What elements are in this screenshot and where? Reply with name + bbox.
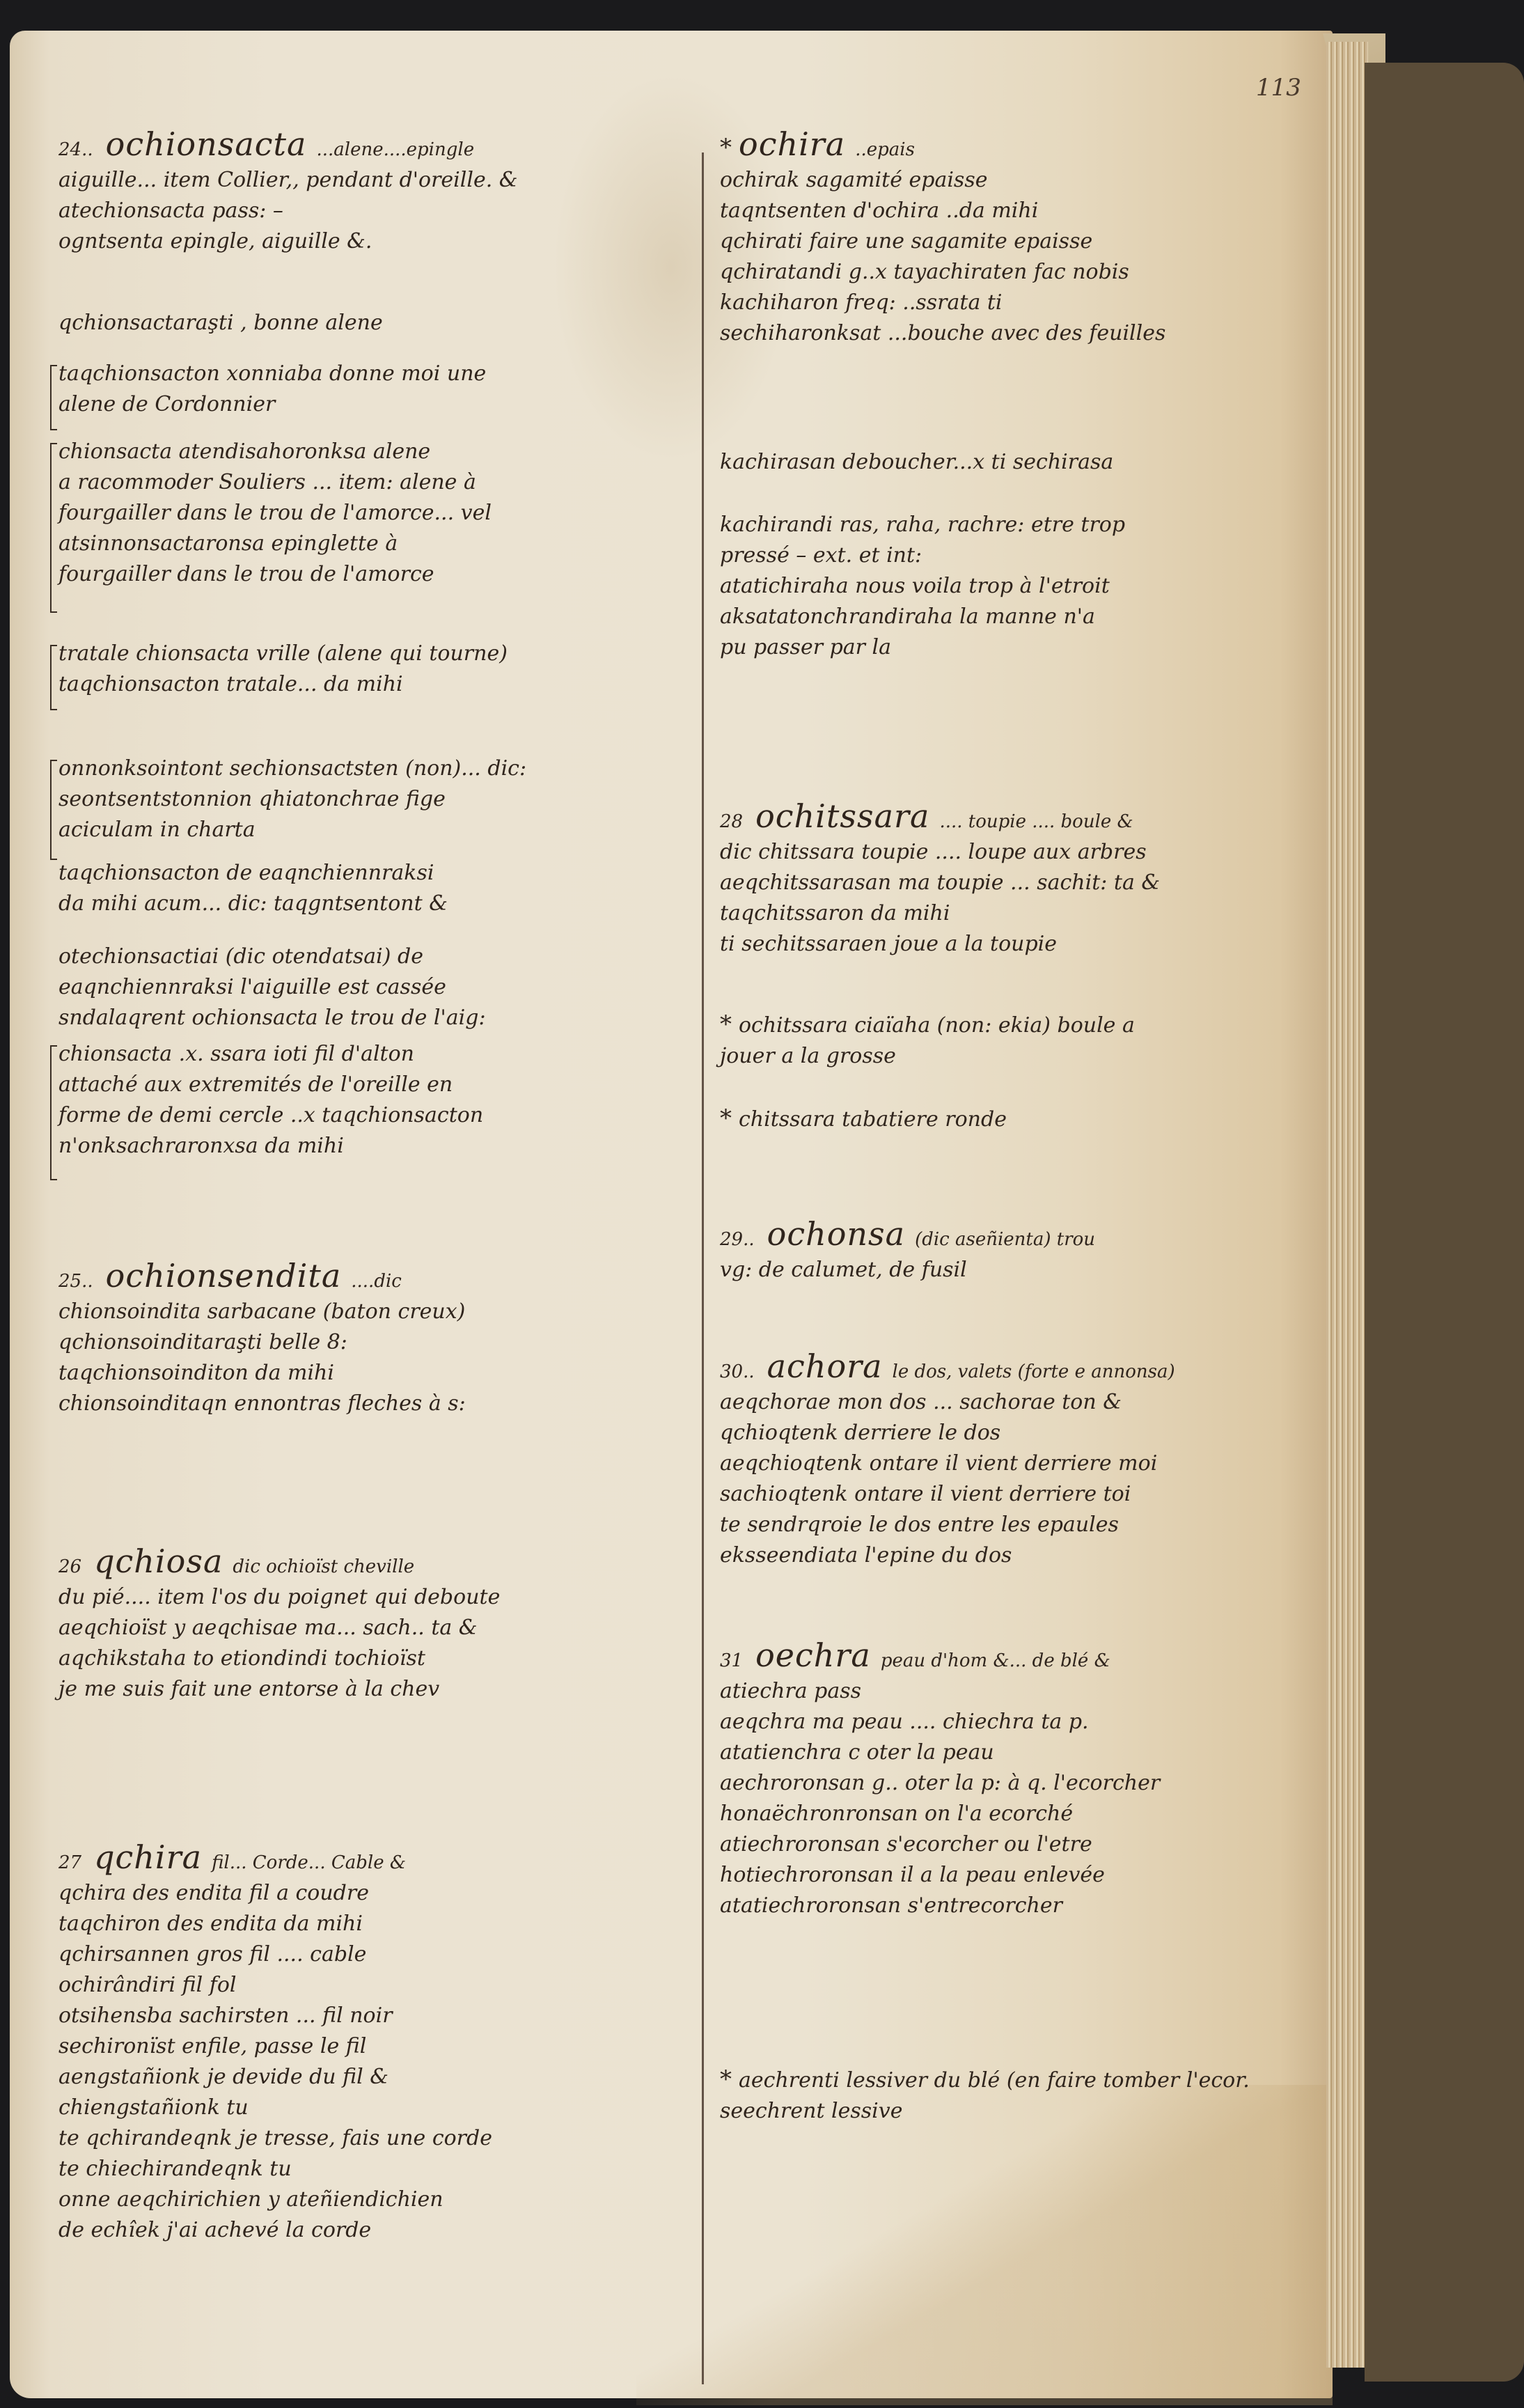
dictionary-entry: 31oechrapeau d'hom &... de blé &atiechra… bbox=[720, 1639, 1346, 1916]
entry-text: ochirak sagamité epaisse bbox=[720, 168, 987, 192]
asterisk-marker: * bbox=[720, 2065, 732, 2093]
entry-text: eaqnchiennraksi l'aiguille est cassée bbox=[58, 975, 446, 999]
entry-headline: 27qchirafil... Corde... Cable & bbox=[58, 1841, 692, 1873]
entry-text: pressé – ext. et int: bbox=[720, 543, 922, 568]
entry-text: kachiharon freq: ..ssrata ti bbox=[720, 290, 1003, 315]
entry-line: atatienchra c oter la peau bbox=[720, 1742, 1346, 1763]
entry-text: dic chitssara toupie .... loupe aux arbr… bbox=[720, 840, 1147, 864]
entry-text: otsihensba sachirsten ... fil noir bbox=[58, 2003, 393, 2028]
entry-line: n'onksachraronxsa da mihi bbox=[58, 1136, 692, 1157]
entry-line: eaqnchiennraksi l'aiguille est cassée bbox=[58, 977, 692, 998]
entry-line: tratale chionsacta vrille (alene qui tou… bbox=[58, 643, 692, 664]
entry-number: 26 bbox=[58, 1556, 81, 1577]
entry-text: du pié.... item l'os du poignet qui debo… bbox=[58, 1585, 500, 1609]
bracket-mark bbox=[50, 645, 57, 710]
entry-line: taqntsenten d'ochira ..da mihi bbox=[720, 201, 1346, 221]
entry-text: forme de demi cercle ..x taqchionsacton bbox=[58, 1103, 483, 1127]
entry-text: qchirati faire une sagamite epaisse bbox=[720, 229, 1092, 253]
dictionary-entry: *aechrenti lessiver du blé (en faire tom… bbox=[720, 2067, 1346, 2122]
book-cover bbox=[1365, 63, 1524, 2382]
entry-line: chiengstañionk tu bbox=[58, 2097, 692, 2118]
entry-line: chionsoinditaqn ennontras fleches à s: bbox=[58, 1393, 692, 1414]
entry-text: a racommoder Souliers ... item: alene à bbox=[58, 470, 476, 494]
entry-line: aciculam in charta bbox=[58, 820, 692, 841]
entry-text: taqchionsacton de eaqnchiennraksi bbox=[58, 861, 434, 885]
entry-line: *ochitssara ciaïaha (non: ekia) boule a bbox=[720, 1013, 1346, 1036]
dictionary-entry: *chitssara tabatiere ronde bbox=[720, 1107, 1346, 1130]
entry-line: *aechrenti lessiver du blé (en faire tom… bbox=[720, 2067, 1346, 2091]
entry-line: attaché aux extremités de l'oreille en bbox=[58, 1074, 692, 1095]
entry-text: atiechra pass bbox=[720, 1679, 861, 1703]
entry-line: aeqchitssarasan ma toupie ... sachit: ta… bbox=[720, 873, 1346, 893]
entry-headline: 30..achorale dos, valets (forte e annons… bbox=[720, 1350, 1346, 1382]
entry-text: aeqchorae mon dos ... sachorae ton & bbox=[720, 1390, 1122, 1414]
entry-line: chionsacta .x. ssara ioti fil d'alton bbox=[58, 1044, 692, 1065]
entry-text: otechionsactiai (dic otendatsai) de bbox=[58, 944, 423, 969]
entry-line: onnonksointont sechionsactsten (non)... … bbox=[58, 758, 692, 779]
entry-line: atiechra pass bbox=[720, 1681, 1346, 1702]
entry-text: sechironïst enfile, passe le fil bbox=[58, 2034, 366, 2058]
entry-headline: *ochira..epais bbox=[720, 128, 1346, 160]
entry-line: qchioqtenk derriere le dos bbox=[720, 1423, 1346, 1444]
entry-text: aeqchra ma peau .... chiechra ta p. bbox=[720, 1710, 1089, 1734]
entry-line: atechionsacta pass: – bbox=[58, 201, 692, 221]
entry-line: qchirati faire une sagamite epaisse bbox=[720, 231, 1346, 252]
entry-line: ti sechitssaraen joue a la toupie bbox=[720, 934, 1346, 955]
entry-line: atiechroronsan s'ecorcher ou l'etre bbox=[720, 1834, 1346, 1855]
entry-text: hotiechroronsan il a la peau enlevée bbox=[720, 1863, 1105, 1887]
entry-line: taqchionsoinditon da mihi bbox=[58, 1363, 692, 1384]
entry-line: chionsacta atendisahoronksa alene bbox=[58, 441, 692, 462]
entry-text: alene de Cordonnier bbox=[58, 392, 275, 416]
entry-text: aeqchitssarasan ma toupie ... sachit: ta… bbox=[720, 870, 1160, 895]
entry-line: atatiechroronsan s'entrecorcher bbox=[720, 1895, 1346, 1916]
entry-text: ochirândiri fil fol bbox=[58, 1973, 237, 1997]
entry-line: vg: de calumet, de fusil bbox=[720, 1260, 1346, 1281]
entry-text: qchirsannen gros fil .... cable bbox=[58, 1942, 366, 1967]
dictionary-entry: taqchionsacton de eaqnchiennraksida mihi… bbox=[58, 863, 692, 914]
headword: qchira bbox=[94, 1838, 202, 1876]
entry-line: aengstañionk je devide du fil & bbox=[58, 2067, 692, 2088]
headword: achora bbox=[767, 1347, 883, 1385]
entry-text: chionsacta atendisahoronksa alene bbox=[58, 439, 430, 464]
entry-headline: 25..ochionsendita....dic bbox=[58, 1260, 692, 1292]
entry-number: 29.. bbox=[720, 1229, 755, 1250]
bracket-mark bbox=[50, 1045, 57, 1180]
entry-text: jouer a la grosse bbox=[720, 1044, 896, 1068]
entry-line: kachirasan deboucher...x ti sechirasa bbox=[720, 452, 1346, 473]
entry-line: aechroronsan g.. oter la p: à q. l'ecorc… bbox=[720, 1773, 1346, 1794]
asterisk-marker: * bbox=[720, 1104, 732, 1132]
entry-text: chionsoinditaqn ennontras fleches à s: bbox=[58, 1391, 466, 1416]
entry-line: taqchitssaron da mihi bbox=[720, 903, 1346, 924]
entry-text: honaëchronronsan on l'a ecorché bbox=[720, 1801, 1073, 1826]
gloss: fil... Corde... Cable & bbox=[212, 1852, 406, 1873]
entry-text: taqchionsacton tratale... da mihi bbox=[58, 672, 403, 696]
entry-text: n'onksachraronxsa da mihi bbox=[58, 1134, 344, 1158]
gloss: ....dic bbox=[351, 1271, 402, 1292]
entry-line: seechrent lessive bbox=[720, 2101, 1346, 2122]
entry-number: 25.. bbox=[58, 1271, 93, 1292]
gloss: ..epais bbox=[855, 139, 915, 160]
entry-line: sechiharonksat ...bouche avec des feuill… bbox=[720, 323, 1346, 344]
entry-line: kachirandi ras, raha, rachre: etre trop bbox=[720, 515, 1346, 535]
entry-line: aeqchorae mon dos ... sachorae ton & bbox=[720, 1392, 1346, 1413]
entry-line: aeqchioqtenk ontare il vient derriere mo… bbox=[720, 1453, 1346, 1474]
entry-line: taqchionsacton tratale... da mihi bbox=[58, 674, 692, 695]
entry-line: atsinnonsactaronsa epinglette à bbox=[58, 533, 692, 554]
entry-text: kachirandi ras, raha, rachre: etre trop bbox=[720, 513, 1125, 537]
entry-text: taqntsenten d'ochira ..da mihi bbox=[720, 198, 1038, 223]
bracket-mark bbox=[50, 760, 57, 860]
entry-line: kachiharon freq: ..ssrata ti bbox=[720, 292, 1346, 313]
dictionary-entry: otechionsactiai (dic otendatsai) deeaqnc… bbox=[58, 946, 692, 1029]
entry-line: qchionsoinditaraşti belle 8: bbox=[58, 1332, 692, 1353]
entry-text: atatienchra c oter la peau bbox=[720, 1740, 994, 1765]
entry-line: qchiratandi g..x tayachiraten fac nobis bbox=[720, 262, 1346, 283]
entry-line: eksseendiata l'epine du dos bbox=[720, 1545, 1346, 1566]
entry-line: fourgailler dans le trou de l'amorce bbox=[58, 564, 692, 585]
entry-text: sechiharonksat ...bouche avec des feuill… bbox=[720, 321, 1165, 345]
entry-text: aeqchioïst y aeqchisae ma... sach.. ta & bbox=[58, 1616, 478, 1640]
entry-text: sndalaqrent ochionsacta le trou de l'aig… bbox=[58, 1006, 486, 1030]
bracket-mark bbox=[50, 365, 57, 430]
entry-line: otsihensba sachirsten ... fil noir bbox=[58, 2006, 692, 2026]
entry-line: da mihi acum... dic: taqgntsentont & bbox=[58, 893, 692, 914]
headword: oechra bbox=[755, 1636, 871, 1674]
dictionary-entry: kachirasan deboucher...x ti sechirasa bbox=[720, 452, 1346, 473]
entry-text: ti sechitssaraen joue a la toupie bbox=[720, 932, 1057, 956]
dictionary-entry: taqchionsacton xonniaba donne moi uneale… bbox=[58, 363, 692, 415]
entry-text: chitssara tabatiere ronde bbox=[739, 1107, 1007, 1132]
entry-text: aksatatonchrandiraha la manne n'a bbox=[720, 604, 1095, 629]
entry-text: taqchitssaron da mihi bbox=[720, 901, 950, 925]
headword: ochitssara bbox=[755, 797, 929, 835]
entry-text: atsinnonsactaronsa epinglette à bbox=[58, 531, 398, 556]
entry-line: taqchionsacton xonniaba donne moi une bbox=[58, 363, 692, 384]
entry-headline: 31oechrapeau d'hom &... de blé & bbox=[720, 1639, 1346, 1671]
entry-text: pu passer par la bbox=[720, 635, 891, 659]
entry-text: seontsentstonnion qhiatonchrae fige bbox=[58, 787, 446, 811]
entry-text: fourgailler dans le trou de l'amorce... … bbox=[58, 501, 492, 525]
headword: ochionsendita bbox=[106, 1257, 342, 1295]
entry-line: ochirak sagamité epaisse bbox=[720, 170, 1346, 191]
dictionary-entry: 26qchiosadic ochioïst chevilledu pié....… bbox=[58, 1545, 692, 1700]
entry-line: aeqchioïst y aeqchisae ma... sach.. ta & bbox=[58, 1618, 692, 1639]
entry-headline: 24..ochionsacta...alene....epingle bbox=[58, 128, 692, 160]
entry-text: atechionsacta pass: – bbox=[58, 198, 283, 223]
entry-headline: 29..ochonsa(dic aseñienta) trou bbox=[720, 1218, 1346, 1250]
entry-number: 30.. bbox=[720, 1361, 755, 1382]
entry-text: qchionsactaraşti , bonne alene bbox=[58, 311, 383, 335]
entry-text: tratale chionsacta vrille (alene qui tou… bbox=[58, 641, 508, 666]
gloss: ...alene....epingle bbox=[316, 139, 474, 160]
entry-number: 27 bbox=[58, 1852, 81, 1873]
entry-line: otechionsactiai (dic otendatsai) de bbox=[58, 946, 692, 967]
dictionary-entry: tratale chionsacta vrille (alene qui tou… bbox=[58, 643, 692, 695]
entry-line: de echîek j'ai achevé la corde bbox=[58, 2220, 692, 2241]
dictionary-entry: 29..ochonsa(dic aseñienta) trouvg: de ca… bbox=[720, 1218, 1346, 1281]
entry-text: aciculam in charta bbox=[58, 818, 256, 842]
page-edges bbox=[1326, 42, 1368, 2368]
entry-text: attaché aux extremités de l'oreille en bbox=[58, 1072, 453, 1097]
entry-text: taqchiron des endita da mihi bbox=[58, 1911, 363, 1936]
entry-text: da mihi acum... dic: taqgntsentont & bbox=[58, 891, 448, 916]
entry-line: sndalaqrent ochionsacta le trou de l'aig… bbox=[58, 1008, 692, 1029]
entry-text: chiengstañionk tu bbox=[58, 2095, 249, 2120]
dictionary-entry: kachirandi ras, raha, rachre: etre tropp… bbox=[720, 515, 1346, 658]
entry-text: qchiratandi g..x tayachiraten fac nobis bbox=[720, 260, 1129, 284]
entry-text: te sendrqroie le dos entre les epaules bbox=[720, 1512, 1119, 1537]
entry-text: atatichiraha nous voila trop à l'etroit bbox=[720, 574, 1110, 598]
entry-line: pu passer par la bbox=[720, 637, 1346, 658]
gloss: peau d'hom &... de blé & bbox=[881, 1650, 1110, 1671]
entry-line: sachioqtenk ontare il vient derriere toi bbox=[720, 1484, 1346, 1505]
page-number: 113 bbox=[1256, 74, 1301, 102]
entry-headline: 26qchiosadic ochioïst cheville bbox=[58, 1545, 692, 1577]
entry-text: sachioqtenk ontare il vient derriere toi bbox=[720, 1482, 1131, 1506]
entry-text: ogntsenta epingle, aiguille &. bbox=[58, 229, 372, 253]
entry-text: aechroronsan g.. oter la p: à q. l'ecorc… bbox=[720, 1771, 1160, 1795]
entry-line: te qchirandeqnk je tresse, fais une cord… bbox=[58, 2128, 692, 2149]
entry-text: seechrent lessive bbox=[720, 2099, 902, 2123]
entry-line: dic chitssara toupie .... loupe aux arbr… bbox=[720, 842, 1346, 863]
asterisk-marker: * bbox=[720, 1010, 732, 1038]
entry-line: qchirsannen gros fil .... cable bbox=[58, 1944, 692, 1965]
entry-text: aengstañionk je devide du fil & bbox=[58, 2065, 388, 2089]
dictionary-entry: *ochira..epaisochirak sagamité epaisseta… bbox=[720, 128, 1346, 344]
dictionary-entry: 28ochitssara.... toupie .... boule &dic … bbox=[720, 800, 1346, 955]
entry-line: sechironïst enfile, passe le fil bbox=[58, 2036, 692, 2057]
entry-text: qchira des endita fil a coudre bbox=[58, 1881, 369, 1905]
entry-line: seontsentstonnion qhiatonchrae fige bbox=[58, 789, 692, 810]
entry-text: te qchirandeqnk je tresse, fais une cord… bbox=[58, 2126, 492, 2150]
entry-text: chionsacta .x. ssara ioti fil d'alton bbox=[58, 1042, 414, 1066]
entry-text: ochitssara ciaïaha (non: ekia) boule a bbox=[739, 1013, 1135, 1038]
column-divider bbox=[702, 153, 704, 2384]
entry-text: taqchionsacton xonniaba donne moi une bbox=[58, 361, 486, 386]
entry-text: taqchionsoinditon da mihi bbox=[58, 1361, 334, 1385]
entry-line: pressé – ext. et int: bbox=[720, 545, 1346, 566]
entry-line: atatichiraha nous voila trop à l'etroit bbox=[720, 576, 1346, 597]
dictionary-entry: 27qchirafil... Corde... Cable &qchira de… bbox=[58, 1841, 692, 2241]
entry-line: taqchionsacton de eaqnchiennraksi bbox=[58, 863, 692, 884]
entry-line: chionsoindita sarbacane (baton creux) bbox=[58, 1301, 692, 1322]
entry-line: alene de Cordonnier bbox=[58, 394, 692, 415]
dictionary-entry: 30..achorale dos, valets (forte e annons… bbox=[720, 1350, 1346, 1566]
entry-line: qchira des endita fil a coudre bbox=[58, 1883, 692, 1904]
gloss: (dic aseñienta) trou bbox=[915, 1229, 1095, 1250]
manuscript-page: 113 24..ochionsacta...alene....epingleai… bbox=[10, 31, 1333, 2398]
entry-line: du pié.... item l'os du poignet qui debo… bbox=[58, 1587, 692, 1608]
entry-text: kachirasan deboucher...x ti sechirasa bbox=[720, 450, 1113, 474]
headword: ochira bbox=[739, 125, 845, 163]
entry-line: taqchiron des endita da mihi bbox=[58, 1914, 692, 1934]
gloss: le dos, valets (forte e annonsa) bbox=[893, 1361, 1175, 1382]
entry-text: de echîek j'ai achevé la corde bbox=[58, 2218, 371, 2242]
water-stain bbox=[636, 2085, 1333, 2405]
entry-number: 28 bbox=[720, 811, 743, 832]
entry-text: qchioqtenk derriere le dos bbox=[720, 1421, 1000, 1445]
entry-line: a racommoder Souliers ... item: alene à bbox=[58, 472, 692, 493]
entry-text: onnonksointont sechionsactsten (non)... … bbox=[58, 756, 526, 781]
entry-line: qchionsactaraşti , bonne alene bbox=[58, 313, 692, 334]
entry-text: aechrenti lessiver du blé (en faire tomb… bbox=[739, 2068, 1250, 2093]
entry-line: aeqchra ma peau .... chiechra ta p. bbox=[720, 1712, 1346, 1733]
entry-line: aqchikstaha to etiondindi tochioïst bbox=[58, 1648, 692, 1669]
entry-line: *chitssara tabatiere ronde bbox=[720, 1107, 1346, 1130]
entry-text: fourgailler dans le trou de l'amorce bbox=[58, 562, 434, 586]
entry-line: jouer a la grosse bbox=[720, 1046, 1346, 1067]
dictionary-entry: onnonksointont sechionsactsten (non)... … bbox=[58, 758, 692, 841]
entry-number: 24.. bbox=[58, 139, 93, 160]
bracket-mark bbox=[50, 443, 57, 613]
entry-line: honaëchronronsan on l'a ecorché bbox=[720, 1804, 1346, 1824]
entry-text: atatiechroronsan s'entrecorcher bbox=[720, 1893, 1062, 1918]
entry-text: atiechroronsan s'ecorcher ou l'etre bbox=[720, 1832, 1092, 1856]
gloss: .... toupie .... boule & bbox=[939, 811, 1133, 832]
dictionary-entry: chionsacta .x. ssara ioti fil d'altonatt… bbox=[58, 1044, 692, 1157]
entry-line: forme de demi cercle ..x taqchionsacton bbox=[58, 1105, 692, 1126]
dictionary-entry: 25..ochionsendita....dicchionsoindita sa… bbox=[58, 1260, 692, 1414]
gloss: dic ochioïst cheville bbox=[233, 1556, 414, 1577]
headword: qchiosa bbox=[94, 1542, 223, 1580]
entry-line: hotiechroronsan il a la peau enlevée bbox=[720, 1865, 1346, 1886]
entry-text: vg: de calumet, de fusil bbox=[720, 1258, 967, 1282]
entry-number: 31 bbox=[720, 1650, 743, 1671]
entry-text: chionsoindita sarbacane (baton creux) bbox=[58, 1299, 465, 1324]
entry-line: te sendrqroie le dos entre les epaules bbox=[720, 1515, 1346, 1535]
entry-line: fourgailler dans le trou de l'amorce... … bbox=[58, 503, 692, 524]
entry-text: te chiechirandeqnk tu bbox=[58, 2157, 292, 2181]
entry-line: je me suis fait une entorse à la chev bbox=[58, 1679, 692, 1700]
entry-line: aksatatonchrandiraha la manne n'a bbox=[720, 607, 1346, 627]
entry-text: onne aeqchirichien y ateñiendichien bbox=[58, 2187, 443, 2212]
entry-text: qchionsoinditaraşti belle 8: bbox=[58, 1330, 347, 1354]
entry-text: aeqchioqtenk ontare il vient derriere mo… bbox=[720, 1451, 1157, 1476]
entry-text: aqchikstaha to etiondindi tochioïst bbox=[58, 1646, 425, 1671]
dictionary-entry: chionsacta atendisahoronksa alenea racom… bbox=[58, 441, 692, 585]
asterisk-marker: * bbox=[720, 134, 732, 162]
dictionary-entry: *ochitssara ciaïaha (non: ekia) boule aj… bbox=[720, 1013, 1346, 1067]
entry-line: ogntsenta epingle, aiguille &. bbox=[58, 231, 692, 252]
entry-text: eksseendiata l'epine du dos bbox=[720, 1543, 1012, 1567]
entry-line: aiguille... item Collier,, pendant d'ore… bbox=[58, 170, 692, 191]
entry-headline: 28ochitssara.... toupie .... boule & bbox=[720, 800, 1346, 832]
entry-text: je me suis fait une entorse à la chev bbox=[58, 1677, 439, 1701]
entry-line: onne aeqchirichien y ateñiendichien bbox=[58, 2189, 692, 2210]
entry-line: ochirândiri fil fol bbox=[58, 1975, 692, 1996]
dictionary-entry: 24..ochionsacta...alene....epingleaiguil… bbox=[58, 128, 692, 252]
headword: ochionsacta bbox=[106, 125, 307, 163]
entry-text: aiguille... item Collier,, pendant d'ore… bbox=[58, 168, 518, 192]
dictionary-entry: qchionsactaraşti , bonne alene bbox=[58, 313, 692, 334]
entry-line: te chiechirandeqnk tu bbox=[58, 2159, 692, 2180]
headword: ochonsa bbox=[767, 1215, 905, 1253]
